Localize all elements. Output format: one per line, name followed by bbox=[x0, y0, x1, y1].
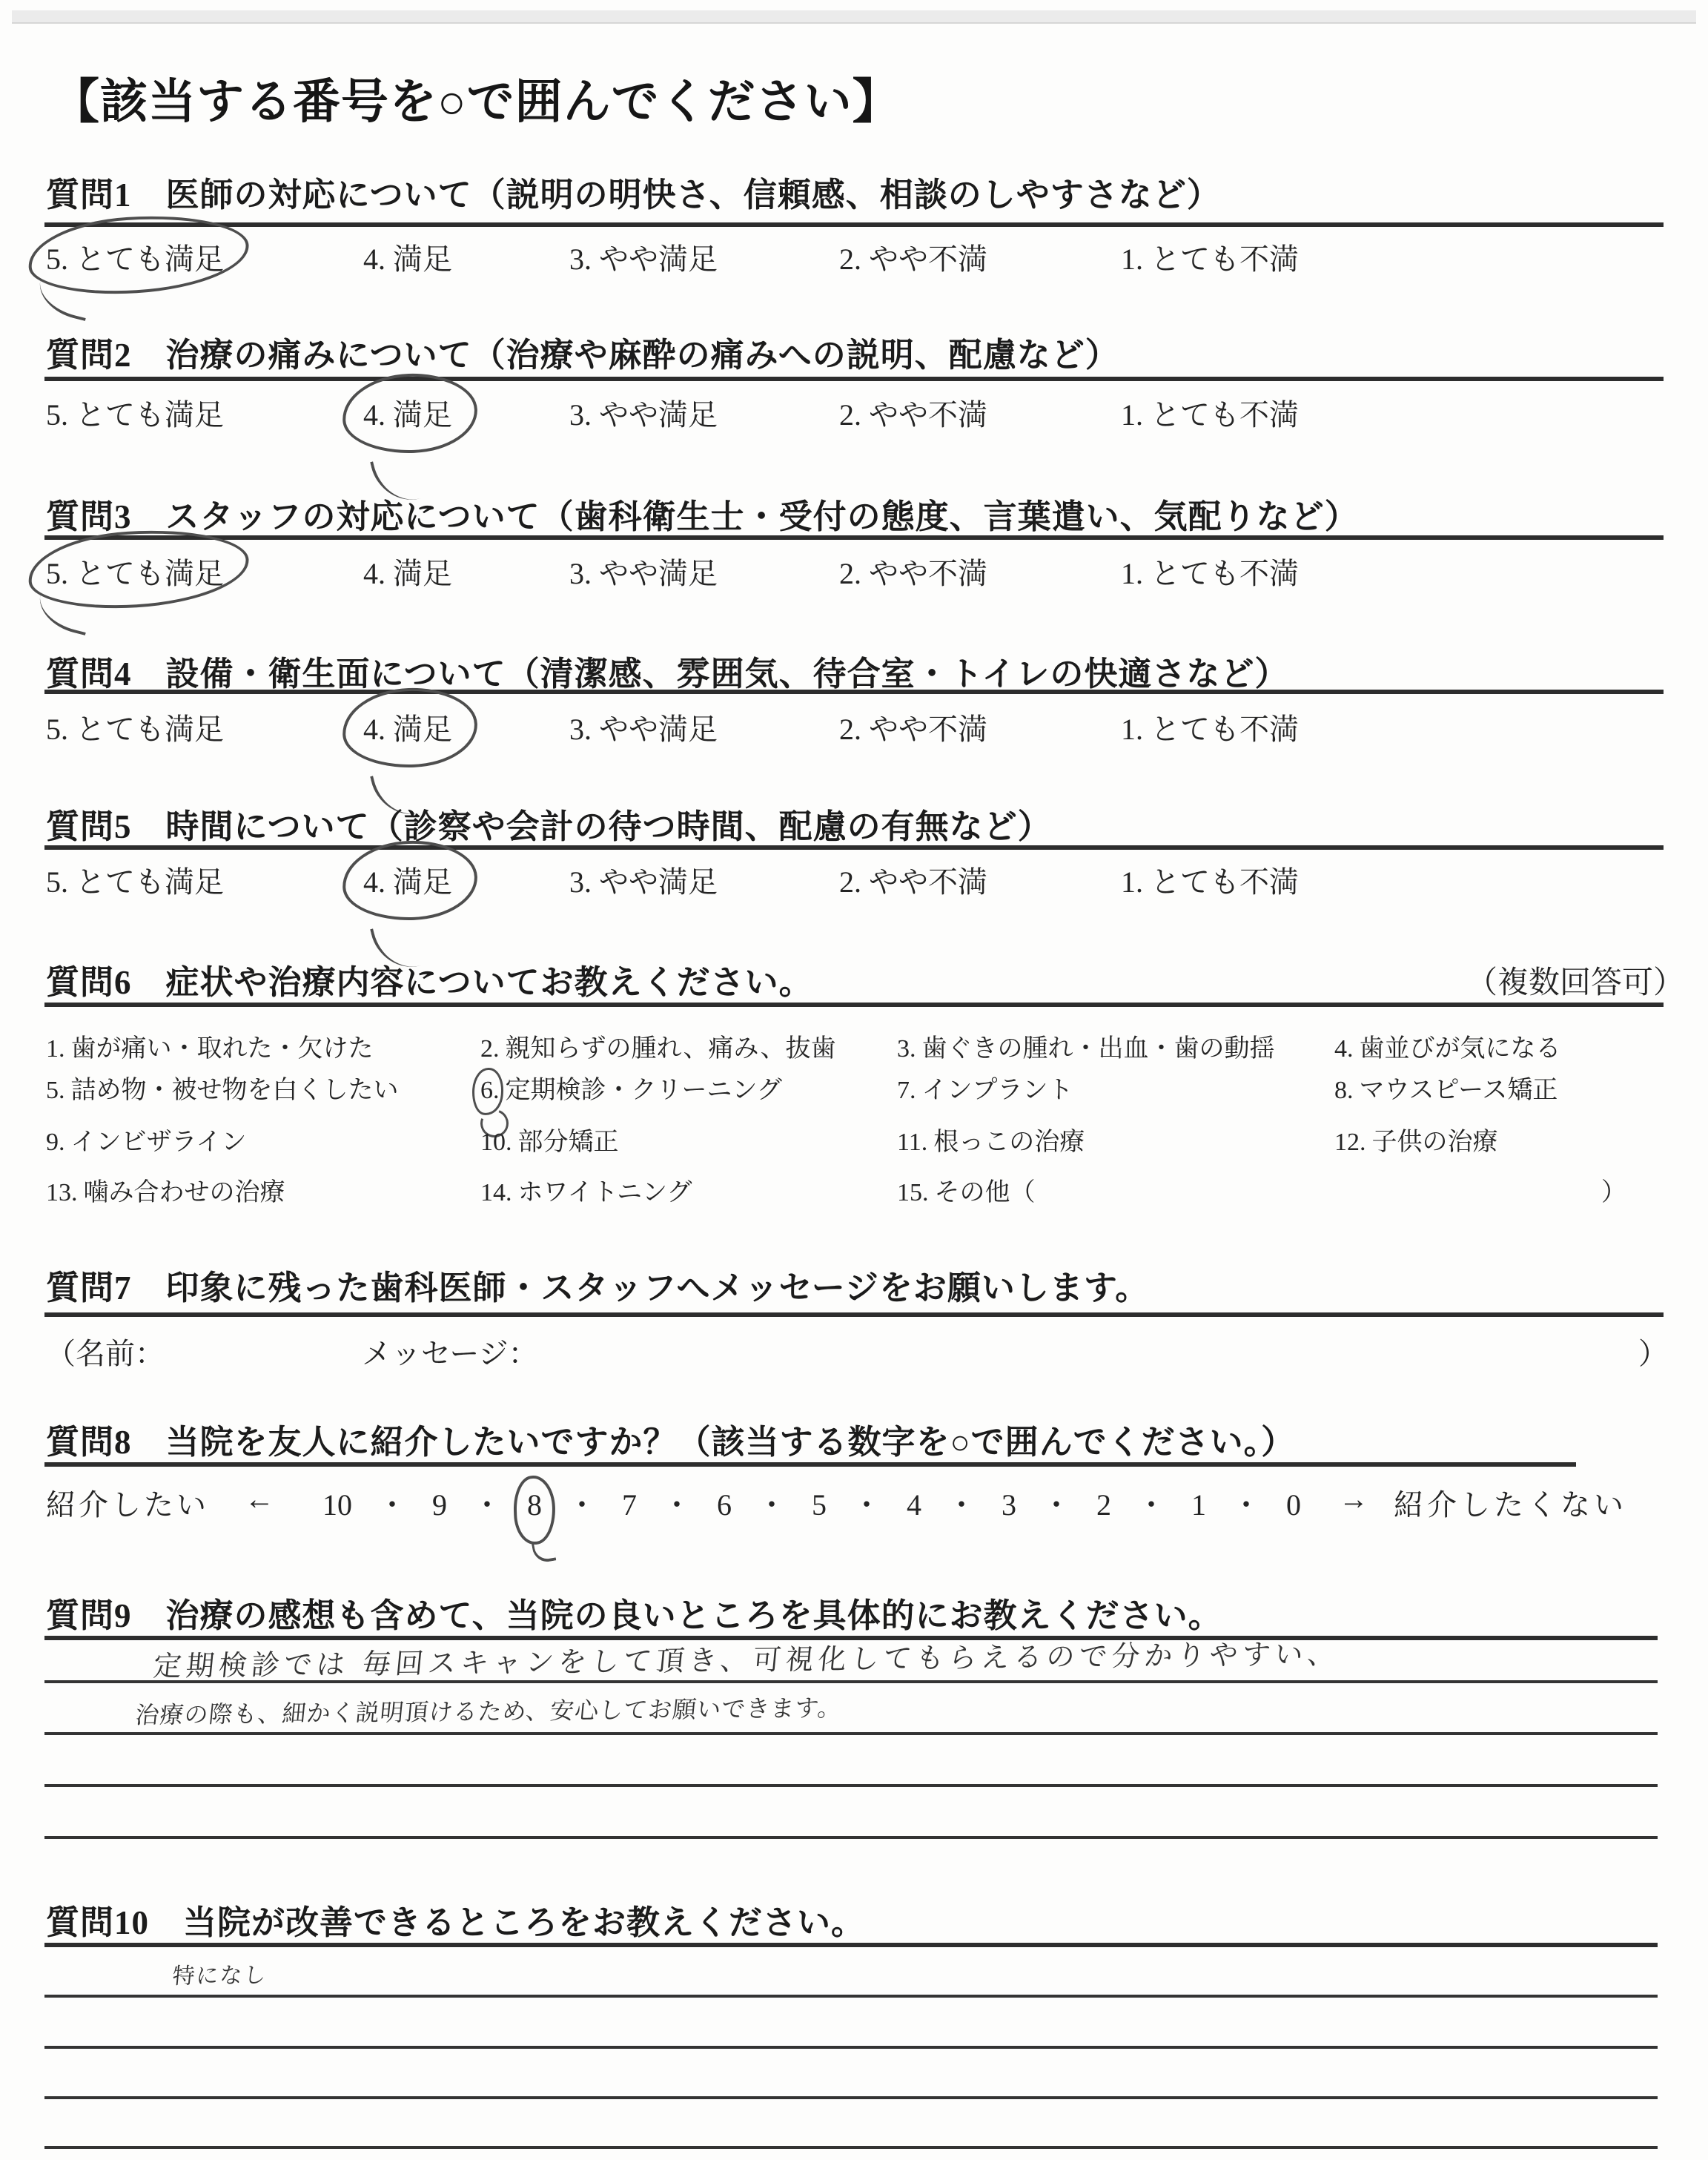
question-9-heading: 質問9 治療の感想も含めて、当院の良いところを具体的にお教えください。 bbox=[46, 1588, 1222, 1636]
dot-separator: ・ bbox=[1136, 1482, 1166, 1524]
left-arrow-icon: ← bbox=[245, 1482, 274, 1516]
q2-option-1: 1. とても不満 bbox=[1121, 392, 1299, 434]
answer-line bbox=[44, 1680, 1658, 1683]
right-arrow-icon: → bbox=[1339, 1482, 1368, 1516]
q8-scale: 10・ 9・ 8・ 7・ 6・ 5・ 4・ 3・ 2・ 1・ 0 bbox=[322, 1482, 1301, 1524]
rule-line bbox=[44, 845, 1664, 850]
question-10-heading: 質問10 当院が改善できるところをお教えください。 bbox=[46, 1895, 865, 1943]
q1-option-1: 1. とても不満 bbox=[1121, 236, 1299, 278]
q4-option-5: 5. とても満足 bbox=[46, 706, 224, 748]
answer-line bbox=[44, 1784, 1658, 1787]
dot-separator: ・ bbox=[472, 1482, 502, 1524]
q8-left-label: 紹介したい bbox=[46, 1482, 209, 1524]
q6-item-4: 4.歯並びが気になる bbox=[1334, 1028, 1561, 1064]
rule-line bbox=[44, 1943, 1658, 1947]
q1-option-4: 4. 満足 bbox=[363, 236, 452, 278]
rule-line bbox=[44, 1312, 1664, 1317]
q6-item-1: 1.歯が痛い・取れた・欠けた bbox=[46, 1028, 374, 1064]
rule-line bbox=[44, 535, 1664, 540]
q6-item-13: 13.噛み合わせの治療 bbox=[46, 1172, 285, 1208]
question-7-heading: 質問7 印象に残った歯科医師・スタッフへメッセージをお願いします。 bbox=[46, 1261, 1149, 1309]
q5-option-5: 5. とても満足 bbox=[46, 859, 224, 901]
q6-item-9: 9.インビザライン bbox=[46, 1121, 246, 1157]
q6-other-close-paren: ） bbox=[1601, 1172, 1626, 1208]
q8-number-6: 6 bbox=[717, 1487, 732, 1522]
rule-line bbox=[44, 1003, 1664, 1007]
q6-item-2: 2.親知らずの腫れ、痛み、抜歯 bbox=[480, 1028, 836, 1064]
dot-separator: ・ bbox=[1231, 1482, 1261, 1524]
q8-number-7: 7 bbox=[622, 1487, 637, 1522]
rule-line bbox=[44, 377, 1664, 381]
q8-number-8-circled: 8 bbox=[527, 1487, 542, 1522]
rule-line bbox=[44, 1462, 1576, 1467]
scanned-survey-page: 【該当する番号を○で囲んでください】 質問1 医師の対応について（説明の明快さ、… bbox=[0, 0, 1708, 2160]
question-3-heading: 質問3 スタッフの対応について（歯科衛生士・受付の態度、言葉遣い、気配りなど） bbox=[46, 489, 1359, 538]
q7-name-label: （名前： bbox=[46, 1330, 165, 1373]
question-6-heading: 質問6 症状や治療内容についてお教えください。 bbox=[46, 955, 813, 1003]
q5-option-4-circled: 4. 満足 bbox=[363, 859, 452, 901]
q4-option-1: 1. とても不満 bbox=[1121, 706, 1299, 748]
q5-option-1: 1. とても不満 bbox=[1121, 859, 1299, 901]
dot-separator: ・ bbox=[852, 1482, 881, 1524]
q4-option-2: 2. やや不満 bbox=[839, 706, 987, 748]
q3-option-1: 1. とても不満 bbox=[1121, 550, 1299, 592]
q6-item-7: 7.インプラント bbox=[897, 1069, 1073, 1106]
q4-option-3: 3. やや満足 bbox=[569, 706, 718, 748]
answer-line bbox=[44, 1836, 1658, 1839]
q8-number-1: 1 bbox=[1191, 1487, 1206, 1522]
q8-number-5: 5 bbox=[812, 1487, 827, 1522]
q8-number-4: 4 bbox=[907, 1487, 921, 1522]
dot-separator: ・ bbox=[1042, 1482, 1071, 1524]
q3-option-4: 4. 満足 bbox=[363, 550, 452, 592]
answer-line bbox=[44, 2046, 1658, 2049]
q6-multi-answer-note: （複数回答可） bbox=[1466, 958, 1684, 1003]
q6-item-11: 11.根っこの治療 bbox=[897, 1121, 1085, 1157]
question-2-heading: 質問2 治療の痛みについて（治療や麻酔の痛みへの説明、配慮など） bbox=[46, 328, 1119, 376]
q7-message-label: メッセージ： bbox=[362, 1330, 538, 1373]
q9-handwritten-line-2: 治療の際も、細かく説明頂けるため、安心してお願いできます。 bbox=[134, 1689, 844, 1731]
q3-option-2: 2. やや不満 bbox=[839, 550, 987, 592]
answer-line bbox=[44, 1995, 1658, 1998]
q8-number-2: 2 bbox=[1096, 1487, 1111, 1522]
answer-line bbox=[44, 2146, 1658, 2149]
q2-option-3: 3. やや満足 bbox=[569, 392, 718, 434]
dot-separator: ・ bbox=[567, 1482, 597, 1524]
question-1-heading: 質問1 医師の対応について（説明の明快さ、信頼感、相談のしやすさなど） bbox=[46, 168, 1221, 216]
q6-item-8: 8.マウスピース矯正 bbox=[1334, 1069, 1558, 1106]
q6-item-5: 5.詰め物・被せ物を白くしたい bbox=[46, 1069, 399, 1106]
q1-option-2: 2. やや不満 bbox=[839, 236, 987, 278]
question-4-heading: 質問4 設備・衛生面について（清潔感、雰囲気、待合室・トイレの快適さなど） bbox=[46, 647, 1288, 695]
q8-number-3: 3 bbox=[1002, 1487, 1016, 1522]
q8-number-0: 0 bbox=[1286, 1487, 1301, 1522]
dot-separator: ・ bbox=[662, 1482, 692, 1524]
question-5-heading: 質問5 時間について（診察や会計の待つ時間、配慮の有無など） bbox=[46, 799, 1052, 848]
q4-option-4-circled: 4. 満足 bbox=[363, 706, 452, 748]
q3-option-3: 3. やや満足 bbox=[569, 550, 718, 592]
q2-option-5: 5. とても満足 bbox=[46, 392, 224, 434]
q3-option-5-circled: 5. とても満足 bbox=[46, 550, 224, 592]
q8-number-9: 9 bbox=[432, 1487, 447, 1522]
q6-item-14: 14.ホワイトニング bbox=[480, 1172, 692, 1208]
rule-line bbox=[44, 690, 1664, 694]
q2-option-4-circled: 4. 満足 bbox=[363, 392, 452, 434]
q1-option-3: 3. やや満足 bbox=[569, 236, 718, 278]
q10-handwritten-answer: 特になし bbox=[171, 1957, 269, 1990]
q6-item-10: 10.部分矯正 bbox=[480, 1121, 619, 1157]
dot-separator: ・ bbox=[947, 1482, 976, 1524]
form-title: 【該当する番号を○で囲んでください】 bbox=[52, 64, 901, 132]
q6-item-6-circled: 6.定期検診・クリーニング bbox=[480, 1069, 782, 1106]
q7-close-paren: ） bbox=[1638, 1330, 1668, 1373]
q1-option-5-circled: 5. とても満足 bbox=[46, 236, 224, 278]
q5-option-2: 2. やや不満 bbox=[839, 859, 987, 901]
dot-separator: ・ bbox=[757, 1482, 787, 1524]
q8-right-label: 紹介したくない bbox=[1394, 1482, 1627, 1524]
rule-line bbox=[44, 222, 1664, 227]
q6-item-3: 3.歯ぐきの腫れ・出血・歯の動揺 bbox=[897, 1028, 1275, 1064]
question-8-heading: 質問8 当院を友人に紹介したいですか？（該当する数字を○で囲んでください。） bbox=[46, 1415, 1295, 1463]
scan-edge-band bbox=[12, 10, 1696, 24]
q5-option-3: 3. やや満足 bbox=[569, 859, 718, 901]
answer-line bbox=[44, 2096, 1658, 2099]
answer-line bbox=[44, 1732, 1658, 1735]
q6-item-15: 15.その他（ bbox=[897, 1172, 1036, 1208]
q6-item-12: 12.子供の治療 bbox=[1334, 1121, 1498, 1157]
q2-option-2: 2. やや不満 bbox=[839, 392, 987, 434]
dot-separator: ・ bbox=[377, 1482, 407, 1524]
q8-number-10: 10 bbox=[322, 1487, 352, 1522]
